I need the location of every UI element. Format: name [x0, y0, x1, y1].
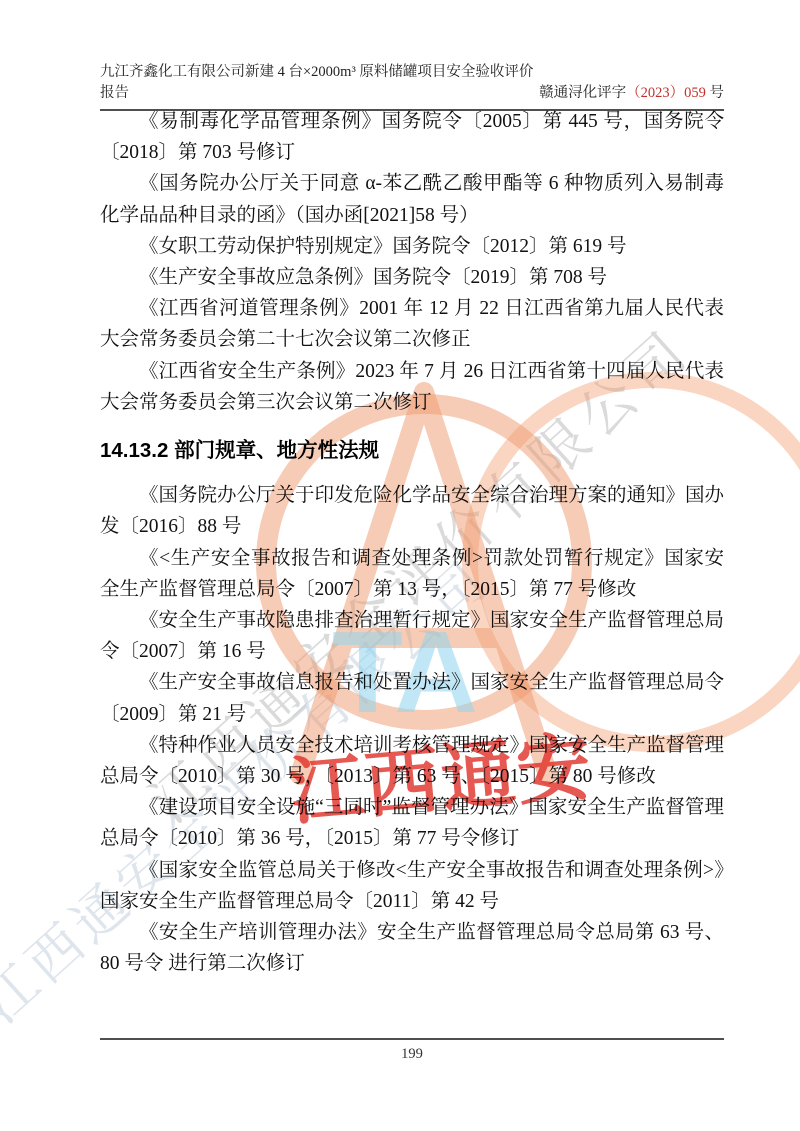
legal-reference-paragraph: 《国家安全监管总局关于修改<生产安全事故报告和调查处理条例>》国家安全生产监督管… — [100, 855, 724, 917]
doc-number-suffix: 号 — [706, 85, 724, 101]
doc-number-prefix: 赣通浔化评字 — [539, 85, 626, 101]
header-report-title: 九江齐鑫化工有限公司新建 4 台×2000m³ 原料储罐项目安全验收评价报告 — [100, 60, 539, 102]
legal-reference-paragraph: 《建设项目安全设施“三同时”监督管理办法》国家安全生产监督管理总局令〔2010〕… — [100, 792, 724, 854]
legal-reference-paragraph: 《江西省安全生产条例》2023 年 7 月 26 日江西省第十四届人民代表大会常… — [100, 356, 724, 418]
legal-reference-paragraph: 《<生产安全事故报告和调查处理条例>罚款处罚暂行规定》国家安全生产监督管理总局令… — [100, 543, 724, 605]
document-body: 《易制毒化学品管理条例》国务院令〔2005〕第 445 号，国务院令〔2018〕… — [100, 106, 724, 979]
legal-reference-paragraph: 《国务院办公厅关于印发危险化学品安全综合治理方案的通知》国办发〔2016〕88 … — [100, 480, 724, 542]
doc-number-red: （2023）059 — [626, 85, 706, 101]
footer-divider — [100, 1038, 724, 1040]
legal-reference-paragraph: 《女职工劳动保护特别规定》国务院令〔2012〕第 619 号 — [100, 231, 724, 262]
legal-reference-paragraph: 《特种作业人员安全技术培训考核管理规定》国家安全生产监督管理总局令〔2010〕第… — [100, 730, 724, 792]
legal-reference-paragraph: 《安全生产事故隐患排查治理暂行规定》国家安全生产监督管理总局令〔2007〕第 1… — [100, 605, 724, 667]
legal-reference-paragraph: 《生产安全事故信息报告和处置办法》国家安全生产监督管理总局令〔2009〕第 21… — [100, 667, 724, 729]
legal-reference-paragraph: 《安全生产培训管理办法》安全生产监督管理总局令总局第 63 号、80 号令 进行… — [100, 917, 724, 979]
header-doc-number: 赣通浔化评字（2023）059 号 — [539, 81, 724, 102]
legal-reference-paragraph: 《江西省河道管理条例》2001 年 12 月 22 日江西省第九届人民代表大会常… — [100, 293, 724, 355]
legal-reference-paragraph: 《生产安全事故应急条例》国务院令〔2019〕第 708 号 — [100, 262, 724, 293]
page-header: 九江齐鑫化工有限公司新建 4 台×2000m³ 原料储罐项目安全验收评价报告 赣… — [100, 60, 724, 111]
legal-reference-paragraph: 《国务院办公厅关于同意 α-苯乙酰乙酸甲酯等 6 种物质列入易制毒化学品品种目录… — [100, 168, 724, 230]
legal-reference-paragraph: 《易制毒化学品管理条例》国务院令〔2005〕第 445 号，国务院令〔2018〕… — [100, 106, 724, 168]
report-page: 九江齐鑫化工有限公司新建 4 台×2000m³ 原料储罐项目安全验收评价报告 赣… — [0, 0, 800, 1131]
section-heading: 14.13.2 部门规章、地方性法规 — [100, 435, 724, 466]
page-number: 199 — [100, 1046, 724, 1063]
